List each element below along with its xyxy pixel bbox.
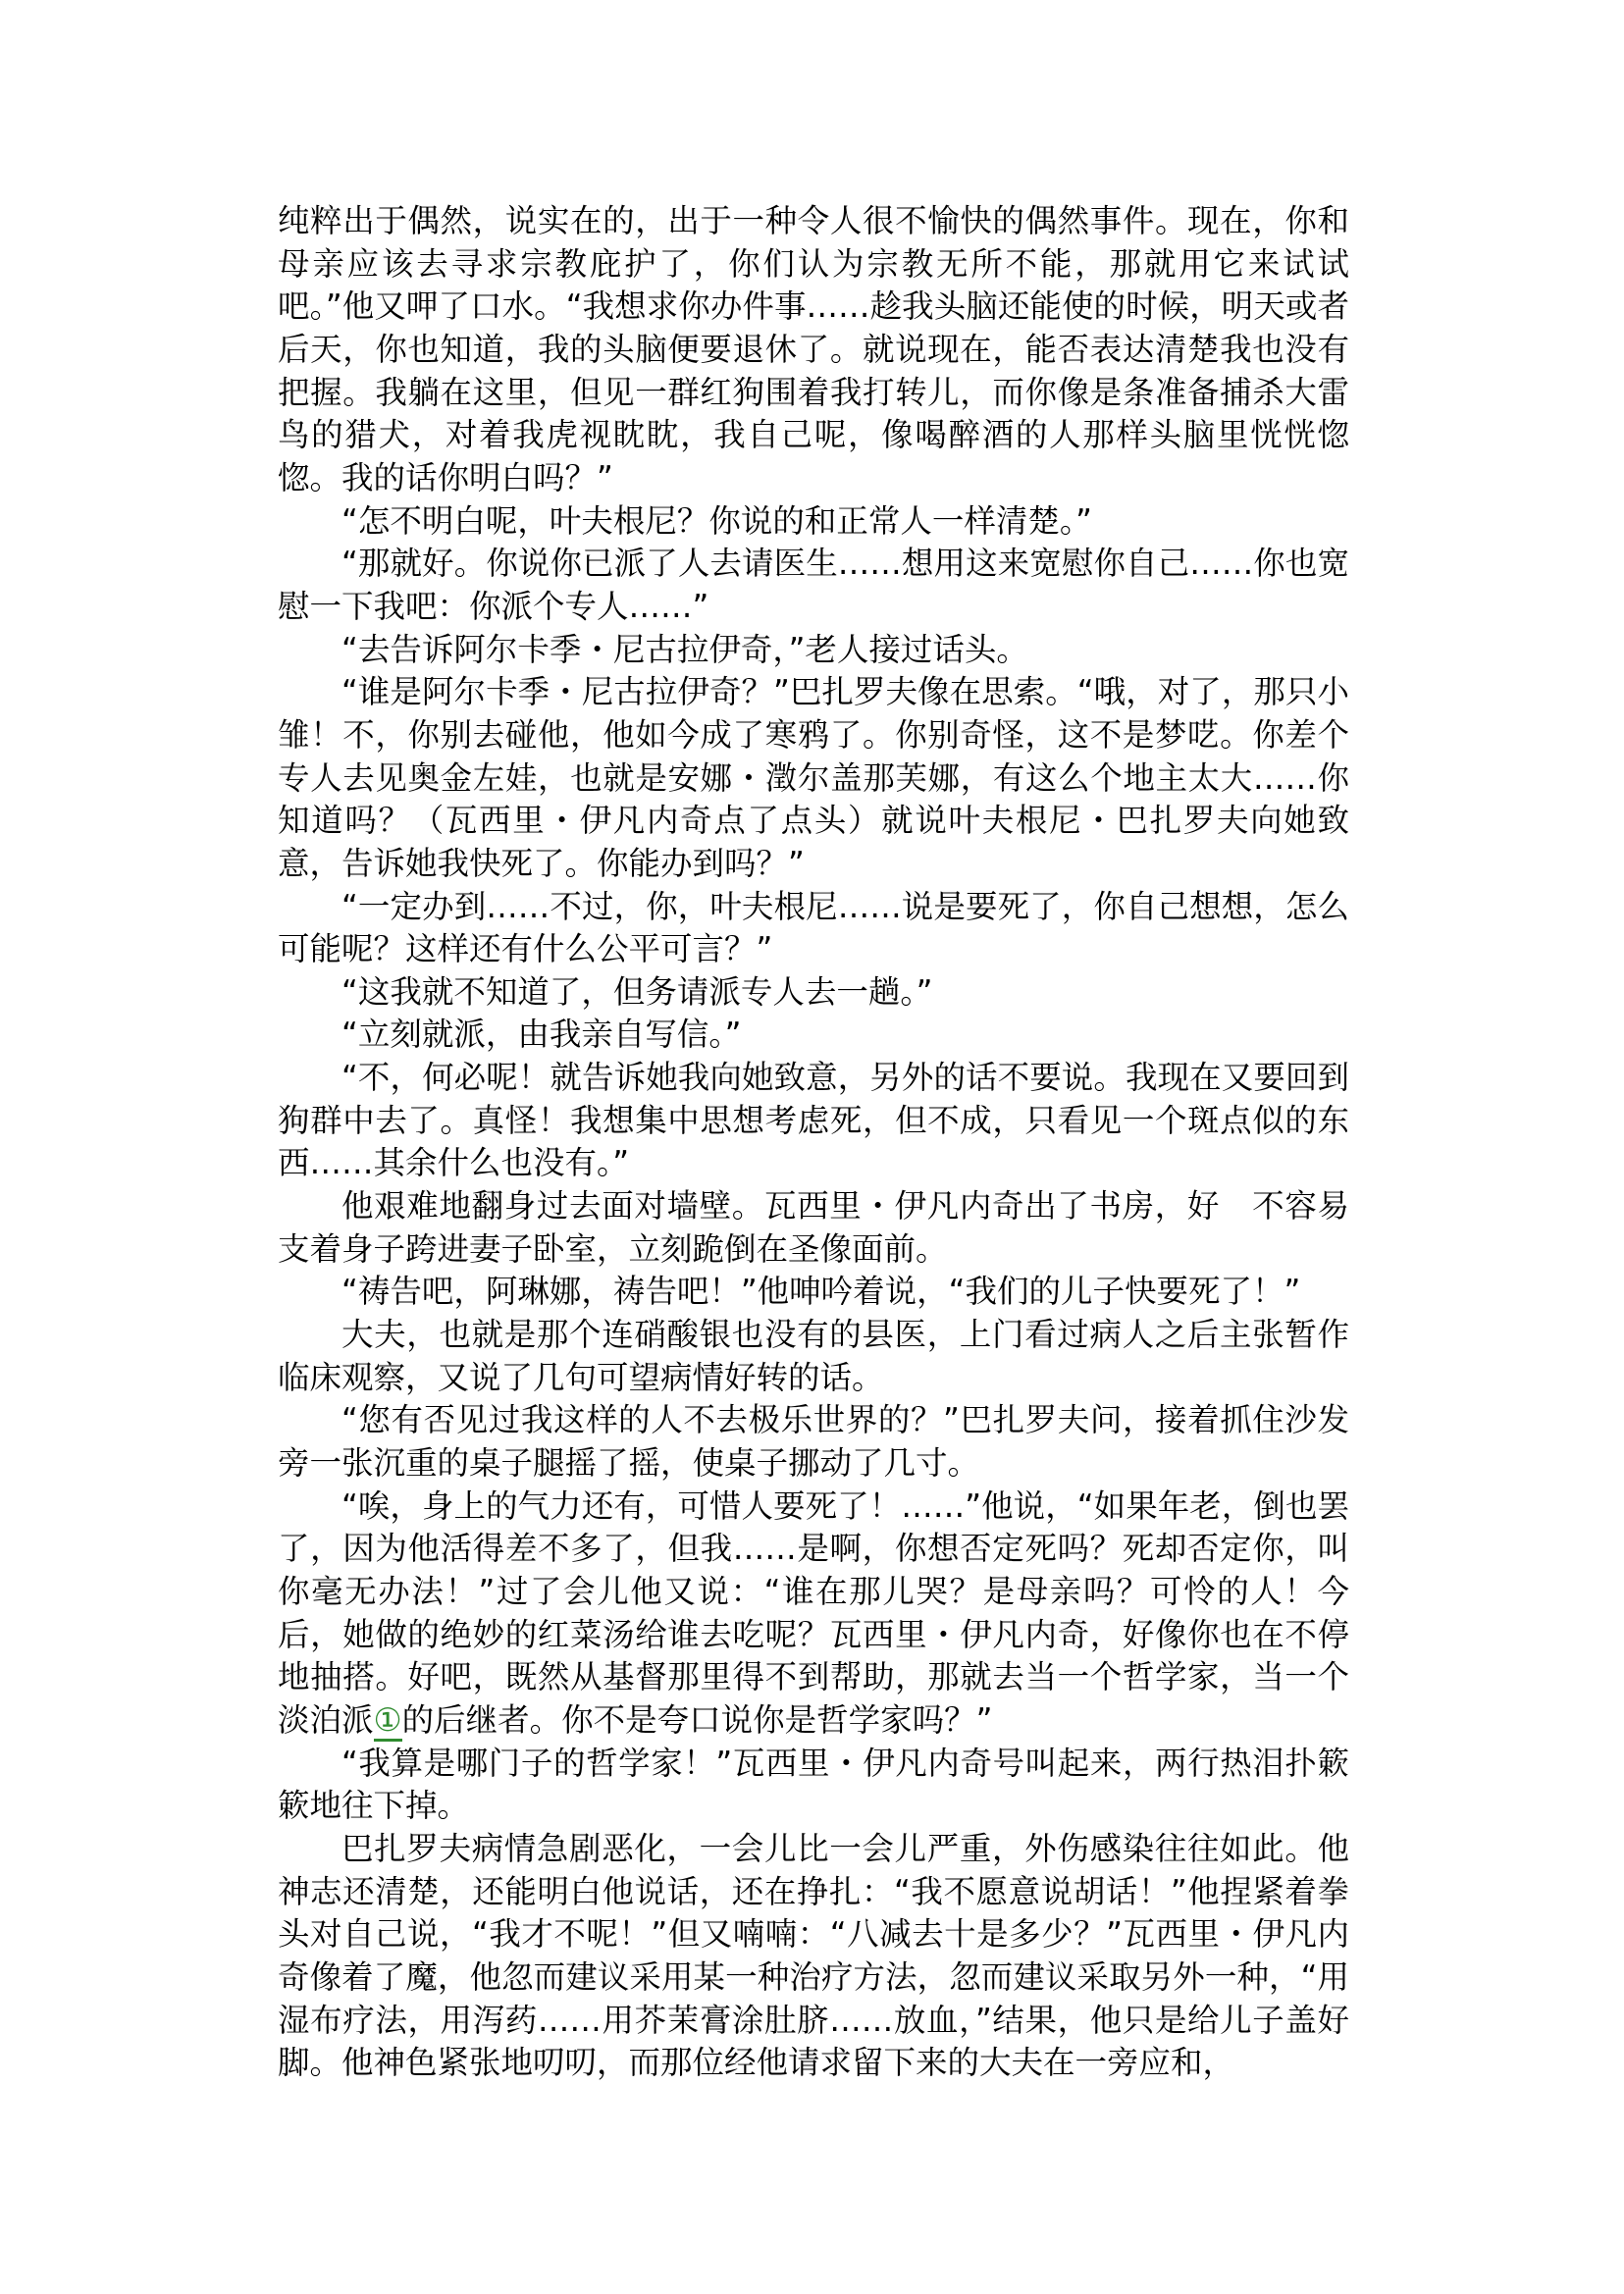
paragraph-6: “一定办到……不过，你，叶夫根尼……说是要死了，你自己想想，怎么可能呢？这样还有… — [278, 886, 1349, 971]
paragraph-11: “祷告吧，阿琳娜，祷告吧！”他呻吟着说，“我们的儿子快要死了！” — [278, 1271, 1349, 1314]
paragraph-3: “那就好。你说你已派了人去请医生……想用这来宽慰你自己……你也宽慰一下我吧：你派… — [278, 543, 1349, 628]
paragraph-16: 巴扎罗夫病情急剧恶化，一会儿比一会儿严重，外伤感染往往如此。他神志还清楚，还能明… — [278, 1828, 1349, 2085]
paragraph-14-text-after: 的后继者。你不是夸口说你是哲学家吗？” — [402, 1701, 993, 1739]
paragraph-9: “不，何必呢！就告诉她我向她致意，另外的话不要说。我现在又要回到狗群中去了。真怪… — [278, 1057, 1349, 1185]
paragraph-12: 大夫，也就是那个连硝酸银也没有的县医，上门看过病人之后主张暂作临床观察，又说了几… — [278, 1314, 1349, 1399]
paragraph-13: “您有否见过我这样的人不去极乐世界的？”巴扎罗夫问，接着抓住沙发旁一张沉重的桌子… — [278, 1399, 1349, 1485]
paragraph-10: 他艰难地翻身过去面对墙壁。瓦西里・伊凡内奇出了书房，好 不容易支着身子跨进妻子卧… — [278, 1185, 1349, 1271]
footnote-marker-link[interactable]: ① — [374, 1701, 402, 1742]
paragraph-2: “怎不明白呢，叶夫根尼？你说的和正常人一样清楚。” — [278, 500, 1349, 544]
paragraph-14: “唉，身上的气力还有，可惜人要死了！……”他说，“如果年老，倒也罢了，因为他活得… — [278, 1486, 1349, 1743]
paragraph-15: “我算是哪门子的哲学家！”瓦西里・伊凡内奇号叫起来，两行热泪扑簌簌地往下掉。 — [278, 1743, 1349, 1828]
paragraph-8: “立刻就派，由我亲自写信。” — [278, 1014, 1349, 1057]
paragraph-1: 纯粹出于偶然，说实在的，出于一种令人很不愉快的偶然事件。现在，你和母亲应该去寻求… — [278, 200, 1349, 500]
paragraph-7: “这我就不知道了，但务请派专人去一趟。” — [278, 971, 1349, 1015]
paragraph-4: “去告诉阿尔卡季・尼古拉伊奇，”老人接过话头。 — [278, 629, 1349, 672]
paragraph-5: “谁是阿尔卡季・尼古拉伊奇？”巴扎罗夫像在思索。“哦，对了，那只小雏！不，你别去… — [278, 671, 1349, 885]
document-page: 纯粹出于偶然，说实在的，出于一种令人很不愉快的偶然事件。现在，你和母亲应该去寻求… — [278, 200, 1349, 2085]
